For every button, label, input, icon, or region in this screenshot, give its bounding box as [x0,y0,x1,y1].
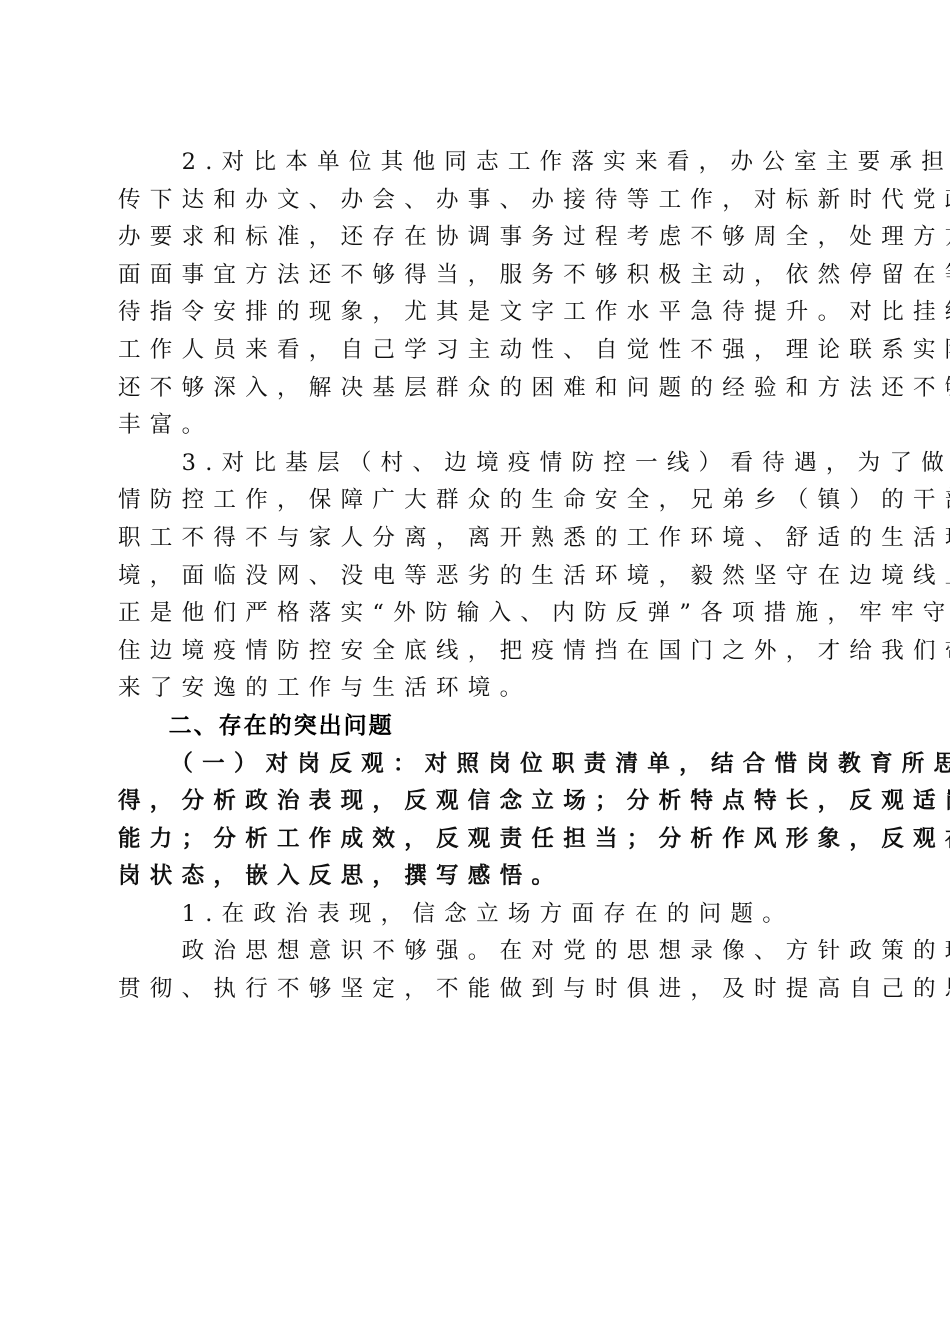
text-line: 还不够深入，解决基层群众的困难和问题的经验和方法还不够 [118,370,826,408]
paragraph-political-awareness: 政治思想意识不够强。在对党的思想录像、方针政策的理解、 贯彻、执行不够坚定，不能… [118,933,826,1008]
document-page: 2.对比本单位其他同志工作落实来看，办公室主要承担着上 传下达和办文、办会、办事… [0,0,950,1344]
paragraph-item-3: 3.对比基层（村、边境疫情防控一线）看待遇，为了做好疫 情防控工作，保障广大群众… [118,445,826,708]
text-line: 工作人员来看，自己学习主动性、自觉性不强，理论联系实际 [118,332,826,370]
text-line: 丰富。 [118,407,826,445]
text-line: 正是他们严格落实“外防输入、内防反弹”各项措施，牢牢守 [118,595,826,633]
text-line: 面面事宜方法还不够得当，服务不够积极主动，依然停留在等 [118,257,826,295]
text-line: 传下达和办文、办会、办事、办接待等工作，对标新时代党政 [118,182,826,220]
section-heading: 二、存在的突出问题 [118,708,826,746]
text-line: 2.对比本单位其他同志工作落实来看，办公室主要承担着上 [118,144,826,182]
document-body: 2.对比本单位其他同志工作落实来看，办公室主要承担着上 传下达和办文、办会、办事… [118,144,826,1009]
text-line: 办要求和标准，还存在协调事务过程考虑不够周全，处理方方 [118,219,826,257]
text-line: 情防控工作，保障广大群众的生命安全，兄弟乡（镇）的干部 [118,482,826,520]
text-line: 1.在政治表现，信念立场方面存在的问题。 [118,896,826,934]
heading-text: 二、存在的突出问题 [118,708,826,746]
text-line: 待指令安排的现象，尤其是文字工作水平急待提升。对比挂组 [118,294,826,332]
text-line: 来了安逸的工作与生活环境。 [118,670,826,708]
text-line: （一）对岗反观：对照岗位职责清单，结合惜岗教育所思所 [118,746,826,784]
text-line: 贯彻、执行不够坚定，不能做到与时俱进，及时提高自己的思 [118,971,826,1009]
text-line: 得，分析政治表现，反观信念立场；分析特点特长，反观适岗 [118,783,826,821]
paragraph-item-2: 2.对比本单位其他同志工作落实来看，办公室主要承担着上 传下达和办文、办会、办事… [118,144,826,445]
text-line: 3.对比基层（村、边境疫情防控一线）看待遇，为了做好疫 [118,445,826,483]
text-line: 能力；分析工作成效，反观责任担当；分析作风形象，反观在 [118,821,826,859]
paragraph-political-item: 1.在政治表现，信念立场方面存在的问题。 [118,896,826,934]
text-line: 境，面临没网、没电等恶劣的生活环境，毅然坚守在边境线上， [118,558,826,596]
subsection-heading-paragraph: （一）对岗反观：对照岗位职责清单，结合惜岗教育所思所 得，分析政治表现，反观信念… [118,746,826,896]
text-line: 住边境疫情防控安全底线，把疫情挡在国门之外，才给我们带 [118,633,826,671]
text-line: 职工不得不与家人分离，离开熟悉的工作环境、舒适的生活环 [118,520,826,558]
text-line: 岗状态，嵌入反思，撰写感悟。 [118,858,826,896]
text-line: 政治思想意识不够强。在对党的思想录像、方针政策的理解、 [118,933,826,971]
